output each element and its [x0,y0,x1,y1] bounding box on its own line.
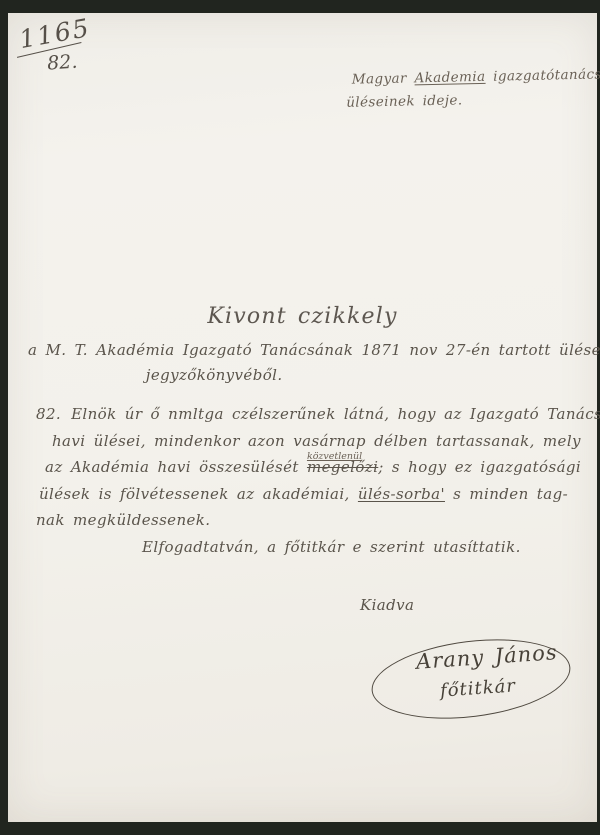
item-number: 82. [36,405,61,423]
body-line-6-resolution: Elfogadtatván, a főtitkár e szerint utas… [36,534,596,561]
issued-note: Kiadva [360,596,414,614]
body-line-5: nak megküldessenek. [36,507,596,534]
minutes-body: 82.Elnök úr ő nmltga czélszerűnek látná,… [36,401,596,560]
corner-note: Magyar Akademia igazgatótanács- üléseine… [352,63,600,114]
document-subtitle-line1: a M. T. Akadémia Igazgató Tanácsának 187… [28,341,593,359]
body-text: ülések is fölvétessenek az akadémiai, [39,485,358,503]
interlinear-insertion-wrap: közvetlenülmegelőzi [307,454,378,481]
corner-note-text: igazgatótanács- [485,66,600,85]
body-line-1: 82.Elnök úr ő nmltga czélszerűnek látná,… [36,401,596,428]
body-line-3: az Akadémia havi összesülését közvetlenü… [36,454,596,481]
corner-note-underlined-word: Akademia [414,69,485,86]
document-title: Kivont czikkely [8,304,597,329]
docket-denominator: 82. [46,49,93,74]
corner-note-text: Magyar [352,70,415,87]
body-text: ; s hogy ez igazgatósági [378,458,581,476]
body-text: Elnök úr ő nmltga czélszerűnek látná, ho… [71,405,600,423]
paper-sheet: 1165 82. Magyar Akademia igazgatótanács-… [8,13,597,822]
document-subtitle-line2: jegyzőkönyvéből. [8,366,420,384]
interlinear-insertion: közvetlenül [307,444,362,471]
underlined-phrase: ülés-sorba' [358,485,445,503]
corner-note-line1: Magyar Akademia igazgatótanács- [352,66,600,87]
body-line-4: ülések is fölvétessenek az akadémiai, ül… [36,481,596,508]
docket-number: 1165 82. [18,17,93,77]
scanned-manuscript-page: { "colors": { "paper": "#f3f1ec", "scan_… [0,0,600,835]
body-text: az Akadémia havi összesülését [45,458,307,476]
body-text: s minden tag- [445,485,568,503]
corner-note-line2: üléseinek ideje. [346,86,600,114]
